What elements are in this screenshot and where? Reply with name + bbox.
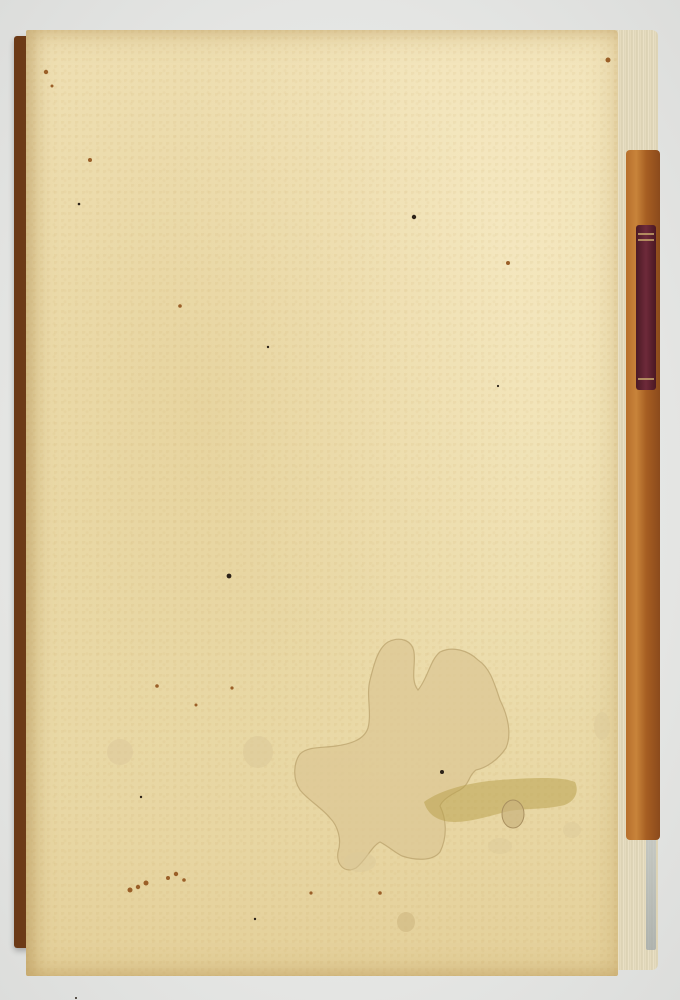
- spine-band: [638, 233, 654, 235]
- book-photo: [0, 0, 680, 1000]
- spine-label: [636, 225, 656, 390]
- blank-page: [26, 30, 618, 976]
- spine-band: [638, 239, 654, 241]
- spine-band: [638, 378, 654, 380]
